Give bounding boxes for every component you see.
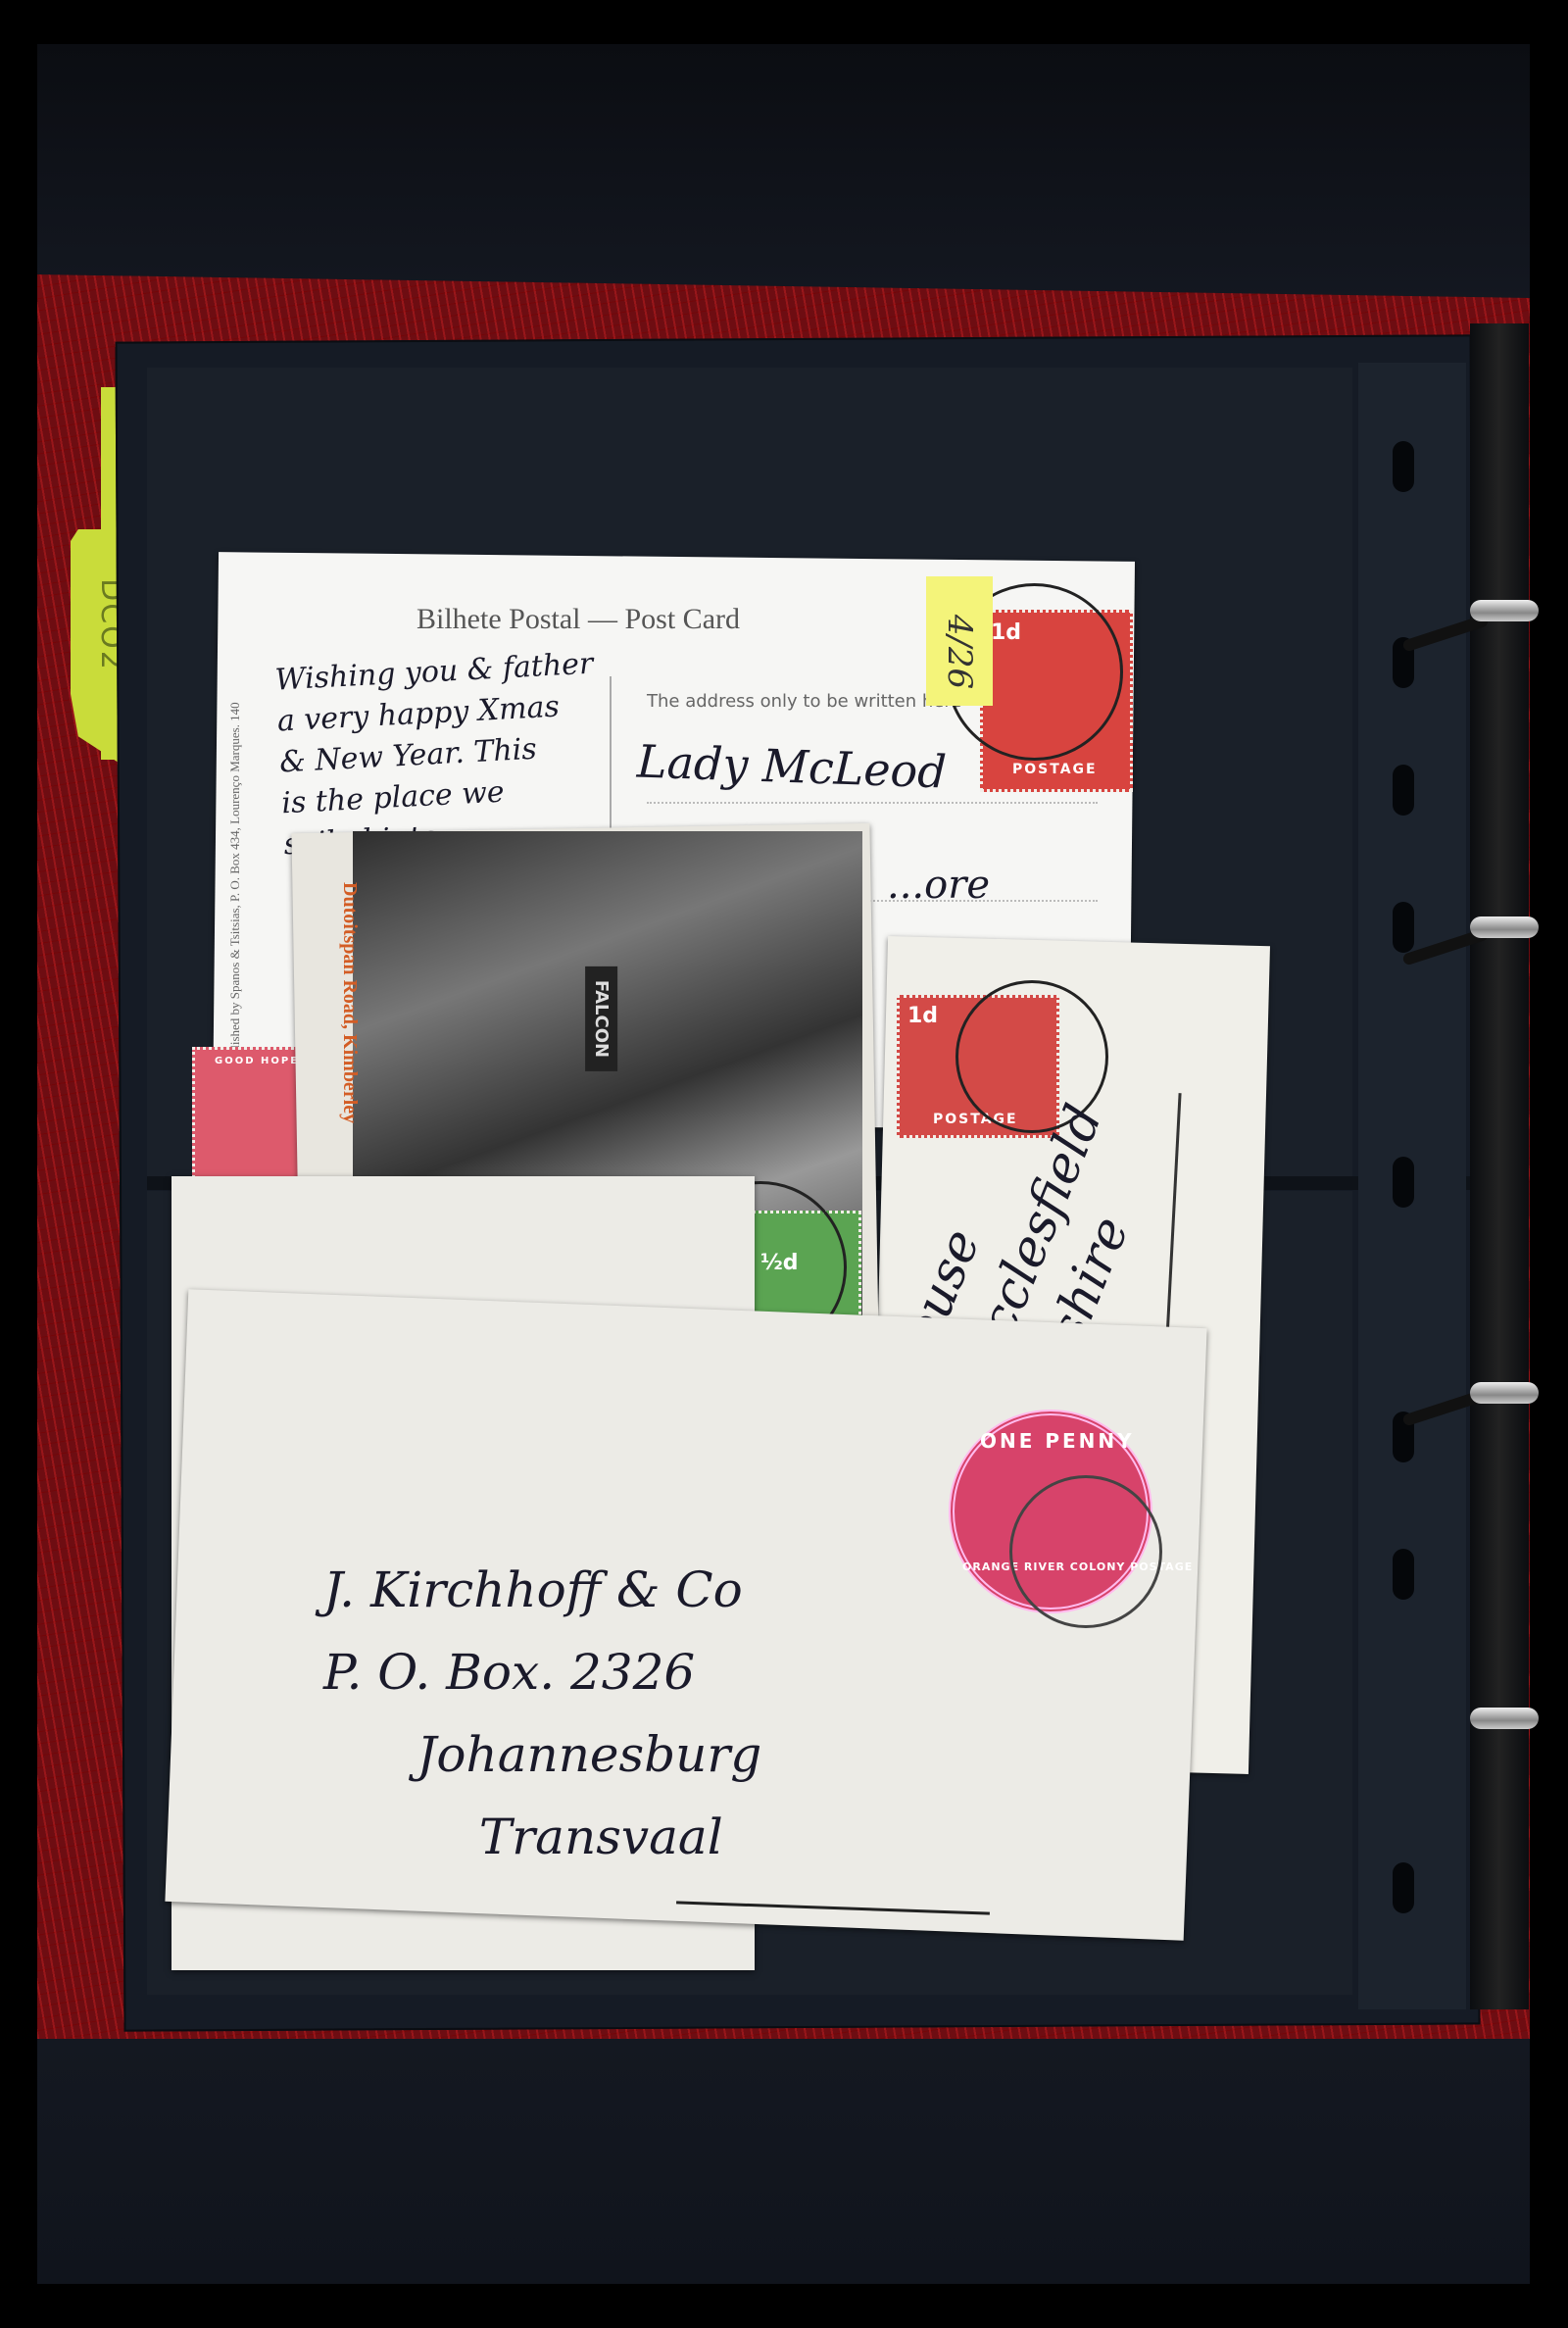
punch-hole: [1393, 765, 1414, 816]
sticker-note-text: 4/26: [940, 615, 979, 689]
stamp-value: 1d: [907, 1004, 938, 1028]
punch-hole: [1393, 1549, 1414, 1600]
binder-ring: [1470, 1382, 1539, 1404]
punch-hole: [1393, 1157, 1414, 1208]
binder-ring: [1470, 916, 1539, 938]
postmark-cancel-icon: [1009, 1475, 1162, 1628]
dark-backdrop-bottom: [37, 2039, 1530, 2284]
punch-hole: [1393, 1862, 1414, 1913]
stamp-label: GOOD HOPE: [215, 1056, 299, 1066]
postcard-address-label: The address only to be written here: [647, 691, 961, 712]
postcard-title: Bilhete Postal — Post Card: [416, 603, 740, 636]
punch-hole: [1393, 441, 1414, 492]
stamp-label: POSTAGE: [1012, 762, 1098, 777]
binder-ring: [1470, 1708, 1539, 1729]
postcard-recipient: Lady McLeod: [636, 735, 948, 799]
punch-hole: [1393, 902, 1414, 953]
dark-backdrop-top: [37, 44, 1530, 309]
stamp-cape-of-good-hope: GOOD HOPE: [192, 1047, 306, 1190]
binder-ring: [1470, 600, 1539, 621]
album-spine: [1470, 323, 1529, 2009]
postcard-publisher-line: Published by Spanos & Tsitsias, P. O. Bo…: [227, 598, 247, 1068]
falcon-signboard: FALCON: [585, 966, 617, 1071]
indicium-value: ONE PENNY: [980, 1429, 1135, 1453]
address-dotted-line: [647, 802, 1098, 804]
envelope-handwritten-address: J. Kirchhoff & Co P. O. Box. 2326 Johann…: [323, 1549, 761, 1878]
